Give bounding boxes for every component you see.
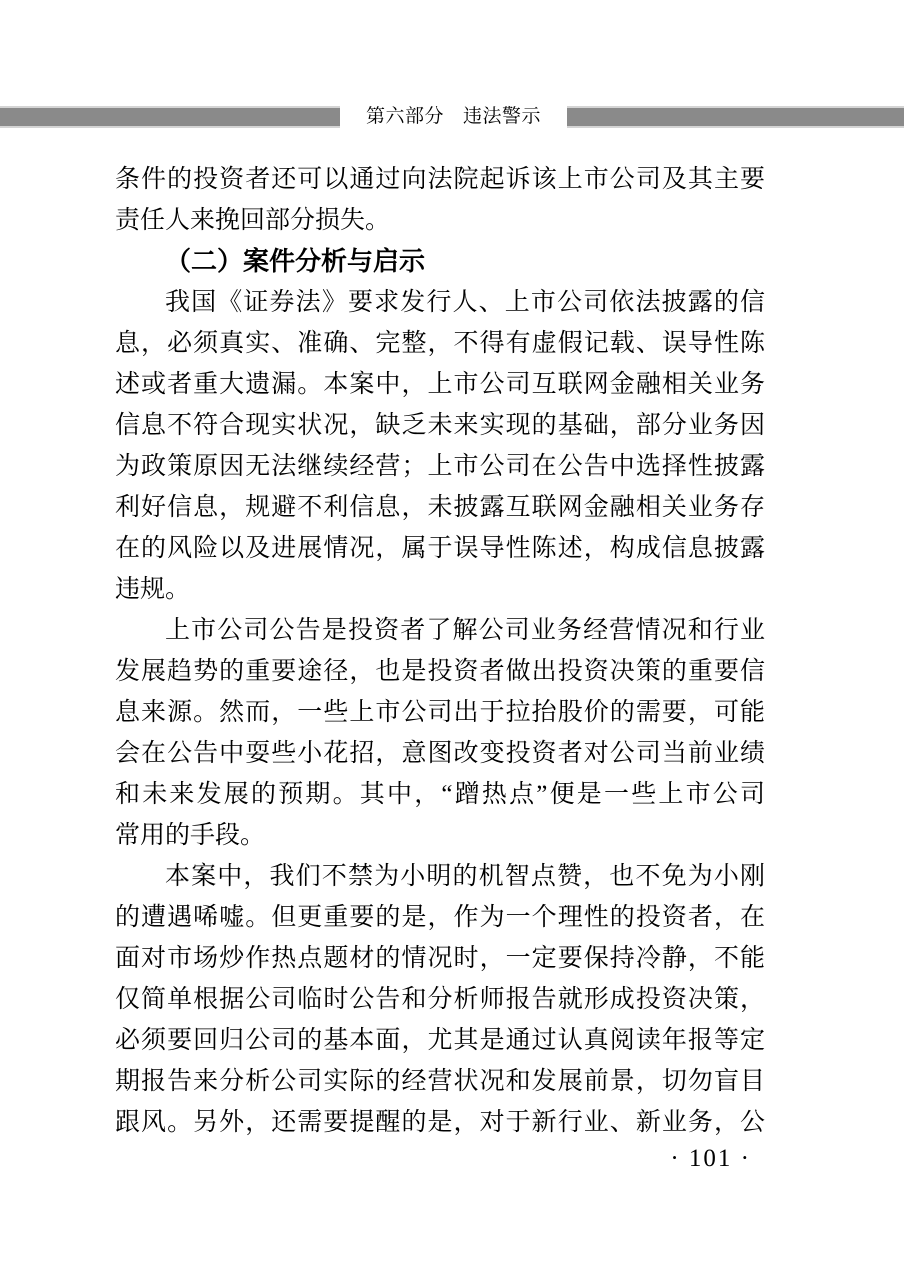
text-line: 条件的投资者还可以通过向法院起诉该上市公司及其主要	[115, 159, 765, 200]
text-line: 息来源。然而，一些上市公司出于拉抬股价的需要，可能	[115, 692, 765, 733]
section-heading: （二）案件分析与启示	[115, 241, 765, 282]
page-body: 条件的投资者还可以通过向法院起诉该上市公司及其主要责任人来挽回部分损失。（二）案…	[115, 159, 765, 1143]
text-line: 常用的手段。	[115, 815, 765, 856]
text-line: 述或者重大遗漏。本案中，上市公司互联网金融相关业务	[115, 364, 765, 405]
text-line: 我国《证券法》要求发行人、上市公司依法披露的信	[115, 282, 765, 323]
header-rule-left	[0, 106, 340, 128]
text-line: 面对市场炒作热点题材的情况时，一定要保持冷静，不能	[115, 938, 765, 979]
text-line: 必须要回归公司的基本面，尤其是通过认真阅读年报等定	[115, 1020, 765, 1061]
text-line: 和未来发展的预期。其中，“蹭热点”便是一些上市公司	[115, 774, 765, 815]
running-header-title: 第六部分违法警示	[340, 103, 567, 131]
book-page: 第六部分违法警示 条件的投资者还可以通过向法院起诉该上市公司及其主要责任人来挽回…	[0, 0, 904, 1276]
text-line: 息，必须真实、准确、完整，不得有虚假记载、误导性陈	[115, 323, 765, 364]
text-line: 仅简单根据公司临时公告和分析师报告就形成投资决策，	[115, 979, 765, 1020]
part-label: 第六部分	[366, 106, 444, 127]
text-line: 为政策原因无法继续经营；上市公司在公告中选择性披露	[115, 446, 765, 487]
text-line: 会在公告中耍些小花招，意图改变投资者对公司当前业绩	[115, 733, 765, 774]
text-line: 期报告来分析公司实际的经营状况和发展前景，切勿盲目	[115, 1061, 765, 1102]
part-title: 违法警示	[463, 106, 541, 127]
text-line: 在的风险以及进展情况，属于误导性陈述，构成信息披露	[115, 528, 765, 569]
text-line: 违规。	[115, 569, 765, 610]
text-line: 利好信息，规避不利信息，未披露互联网金融相关业务存	[115, 487, 765, 528]
text-line: 上市公司公告是投资者了解公司业务经营情况和行业	[115, 610, 765, 651]
text-line: 责任人来挽回部分损失。	[115, 200, 765, 241]
text-line: 信息不符合现实状况，缺乏未来实现的基础，部分业务因	[115, 405, 765, 446]
page-number: · 101 ·	[115, 1138, 765, 1179]
text-line: 本案中，我们不禁为小明的机智点赞，也不免为小刚	[115, 856, 765, 897]
header-rule-right	[567, 106, 904, 128]
text-line: 跟风。另外，还需要提醒的是，对于新行业、新业务，公	[115, 1102, 765, 1143]
text-line: 发展趋势的重要途径，也是投资者做出投资决策的重要信	[115, 651, 765, 692]
text-line: 的遭遇唏嘘。但更重要的是，作为一个理性的投资者，在	[115, 897, 765, 938]
